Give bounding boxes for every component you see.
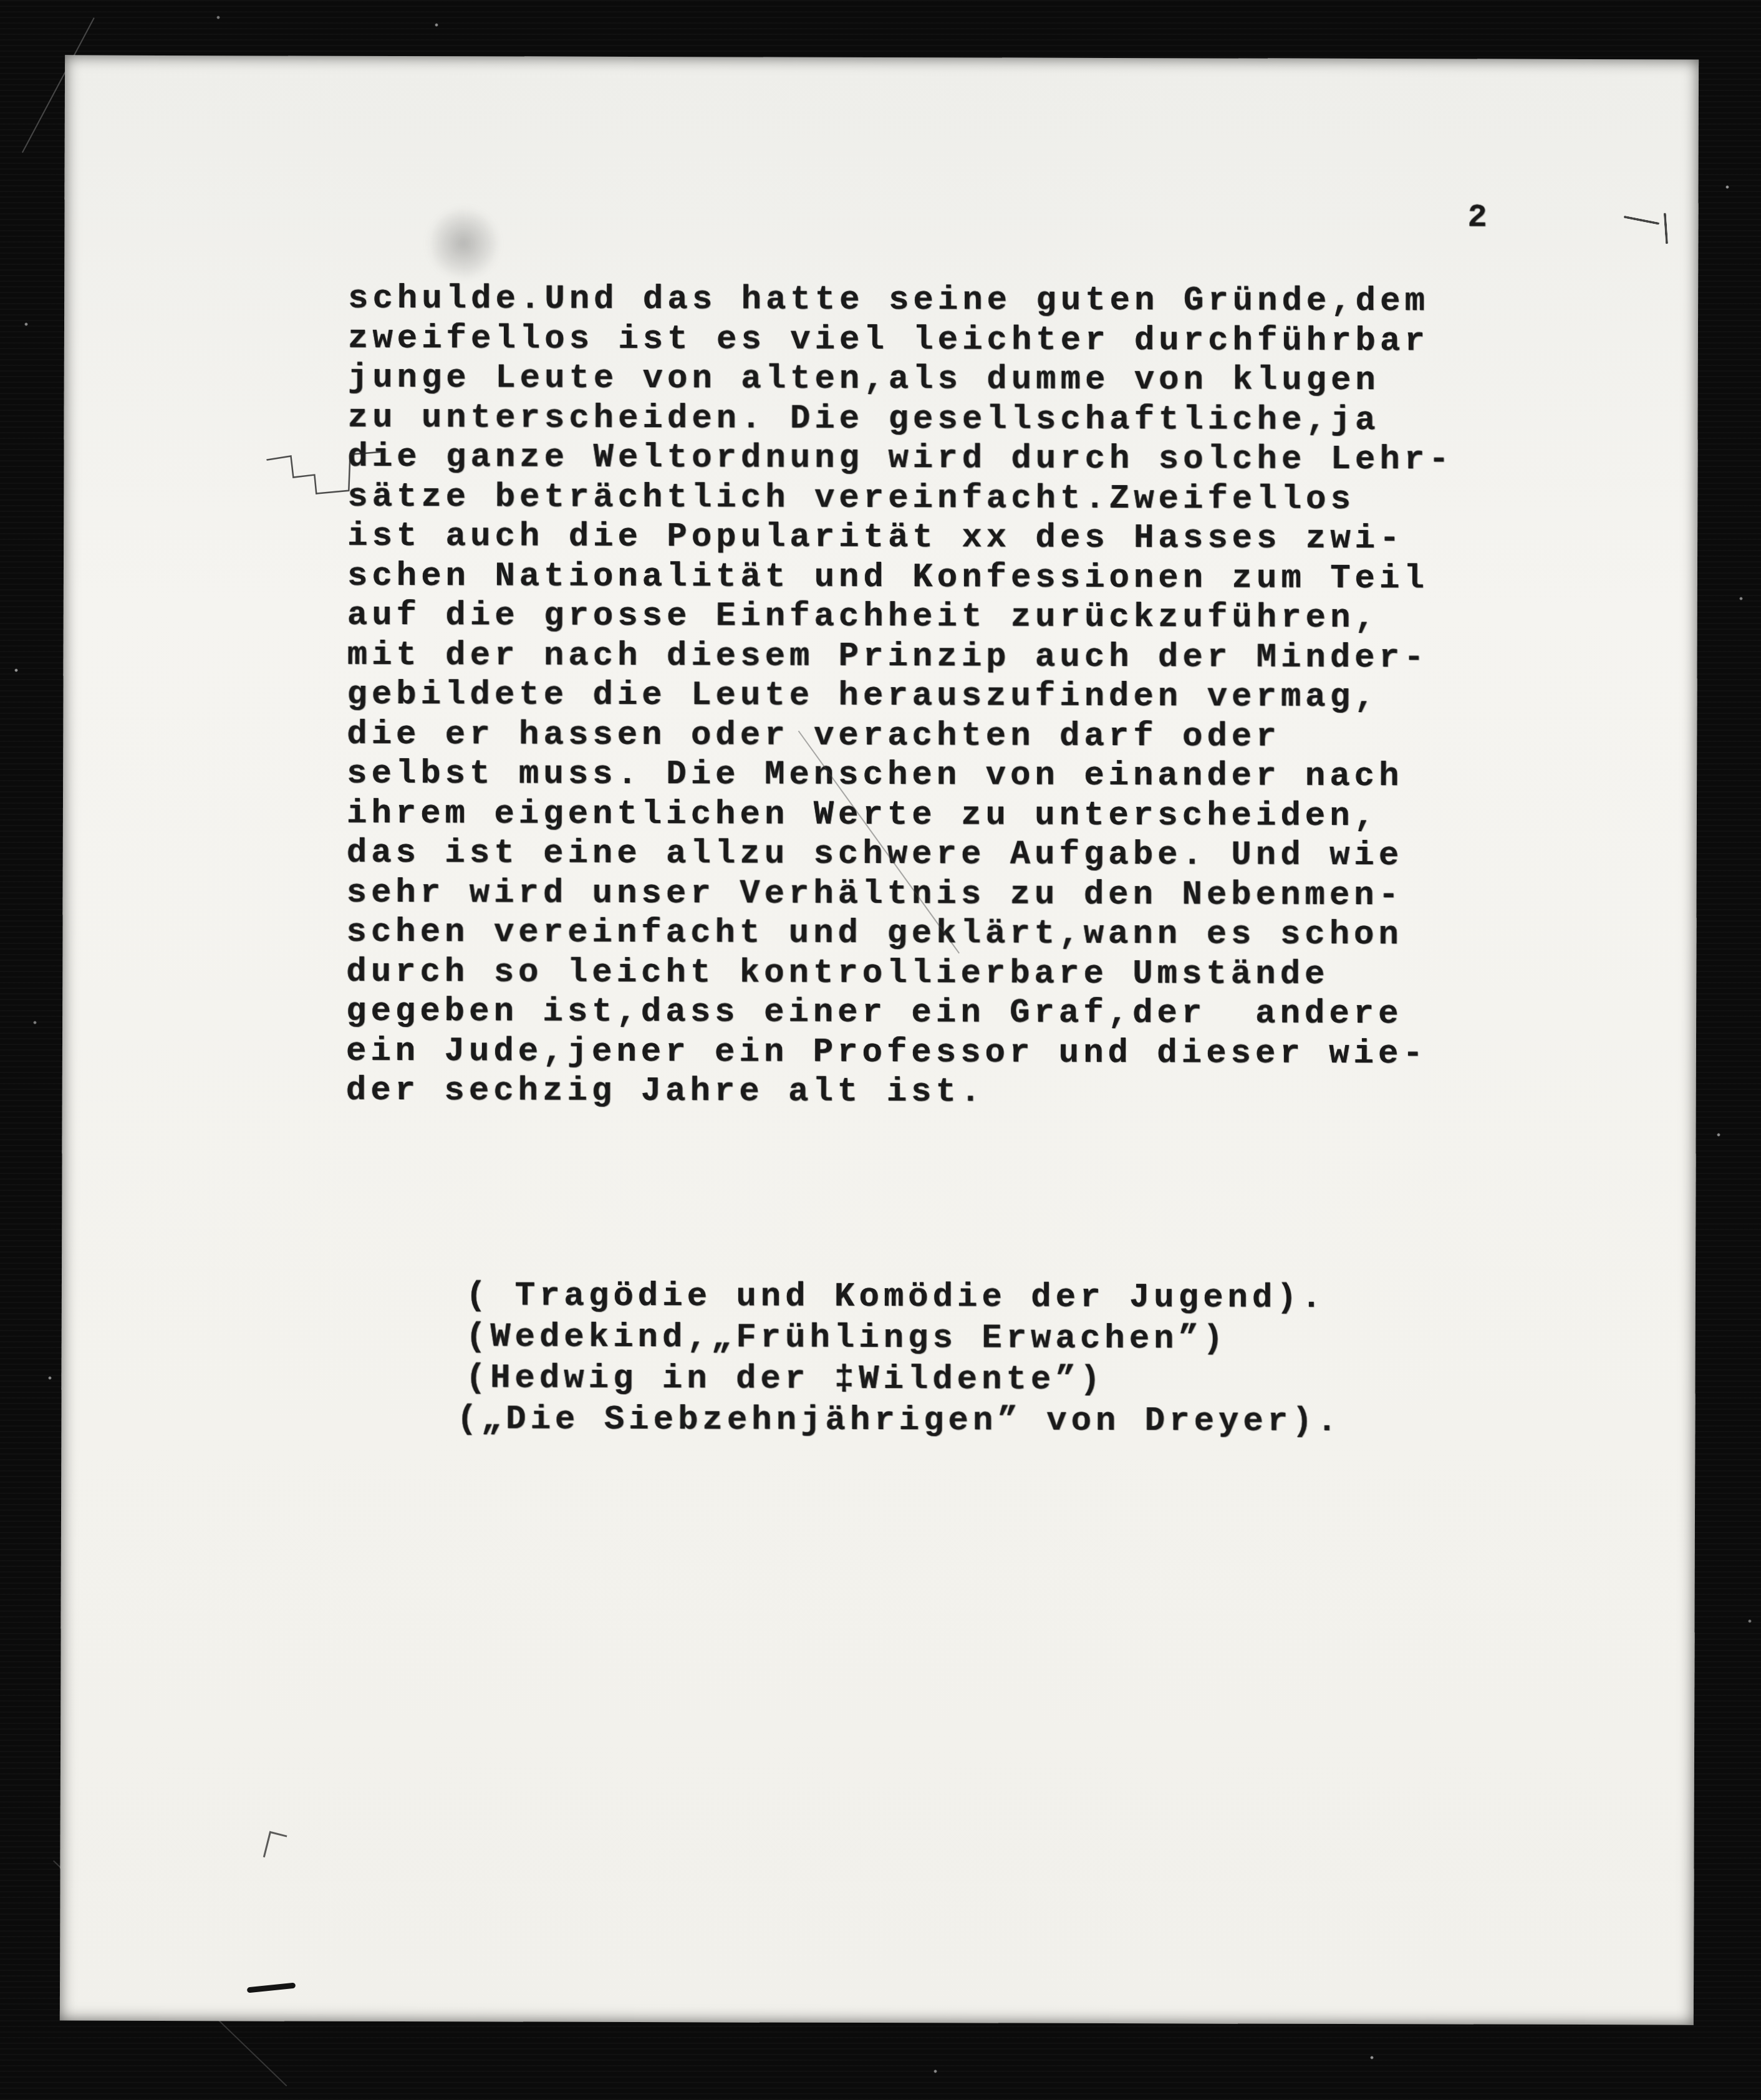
text-line: schen Nationalität und Konfessionen zum … <box>347 556 1453 599</box>
text-line: schen vereinfacht und geklärt,wann es sc… <box>346 913 1452 955</box>
reference-line: ( Tragödie und Komödie der Jugend). <box>466 1276 1342 1319</box>
text-line: durch so leicht kontrollierbare Umstände <box>346 952 1452 995</box>
text-line: ist auch die Popularität xx des Hasses z… <box>347 517 1453 559</box>
reference-line: (Wedekind,„Frühlings Erwachen”) <box>466 1317 1342 1361</box>
text-line: zweifellos ist es viel leichter durchfüh… <box>348 319 1454 361</box>
text-line: das ist eine allzu schwere Aufgabe. Und … <box>347 834 1452 876</box>
text-line: sätze beträchtlich vereinfacht.Zweifello… <box>347 477 1453 519</box>
reference-list: ( Tragödie und Komödie der Jugend).(Wede… <box>465 1276 1341 1443</box>
reference-line: („Die Siebzehnjährigen” von Dreyer). <box>456 1399 1341 1443</box>
text-line: gegeben ist,dass einer ein Graf,der ande… <box>346 992 1452 1034</box>
film-background: { "document": { "page_number": "2", "bod… <box>0 0 1761 2100</box>
text-line: die ganze Weltordnung wird durch solche … <box>347 438 1453 480</box>
text-line: die er hassen oder verachten darf oder <box>347 715 1452 757</box>
document-page: 2 schulde.Und das hatte seine guten Grün… <box>60 55 1699 2025</box>
text-line: ihrem eigentlichen Werte zu unterscheide… <box>347 794 1452 836</box>
page-number: 2 <box>1467 199 1490 236</box>
scan-artifact <box>247 1983 296 1993</box>
typewritten-paragraph: schulde.Und das hatte seine guten Gründe… <box>346 279 1454 1114</box>
text-line: auf die grosse Einfachheit zurückzuführe… <box>347 596 1453 638</box>
text-line: zu unterscheiden. Die gesellschaftliche,… <box>348 398 1454 440</box>
text-line: mit der nach diesem Prinzip auch der Min… <box>347 635 1453 678</box>
text-line: der sechzig Jahre alt ist. <box>346 1071 1452 1114</box>
text-line: ein Jude,jener ein Professor und dieser … <box>346 1031 1452 1074</box>
text-line: schulde.Und das hatte seine guten Gründe… <box>348 279 1454 322</box>
reference-line: (Hedwig in der ‡Wildente”) <box>465 1358 1341 1402</box>
text-line: selbst muss. Die Menschen von einander n… <box>347 754 1452 797</box>
text-line: sehr wird unser Verhältnis zu den Nebenm… <box>347 873 1452 915</box>
text-line: junge Leute von alten,als dumme von klug… <box>348 359 1454 401</box>
scan-artifact <box>263 1831 287 1862</box>
scan-artifact <box>426 206 501 281</box>
text-line: gebildete die Leute herauszufinden verma… <box>347 675 1452 718</box>
scan-artifact <box>1624 216 1660 225</box>
scan-artifact <box>1664 213 1668 244</box>
